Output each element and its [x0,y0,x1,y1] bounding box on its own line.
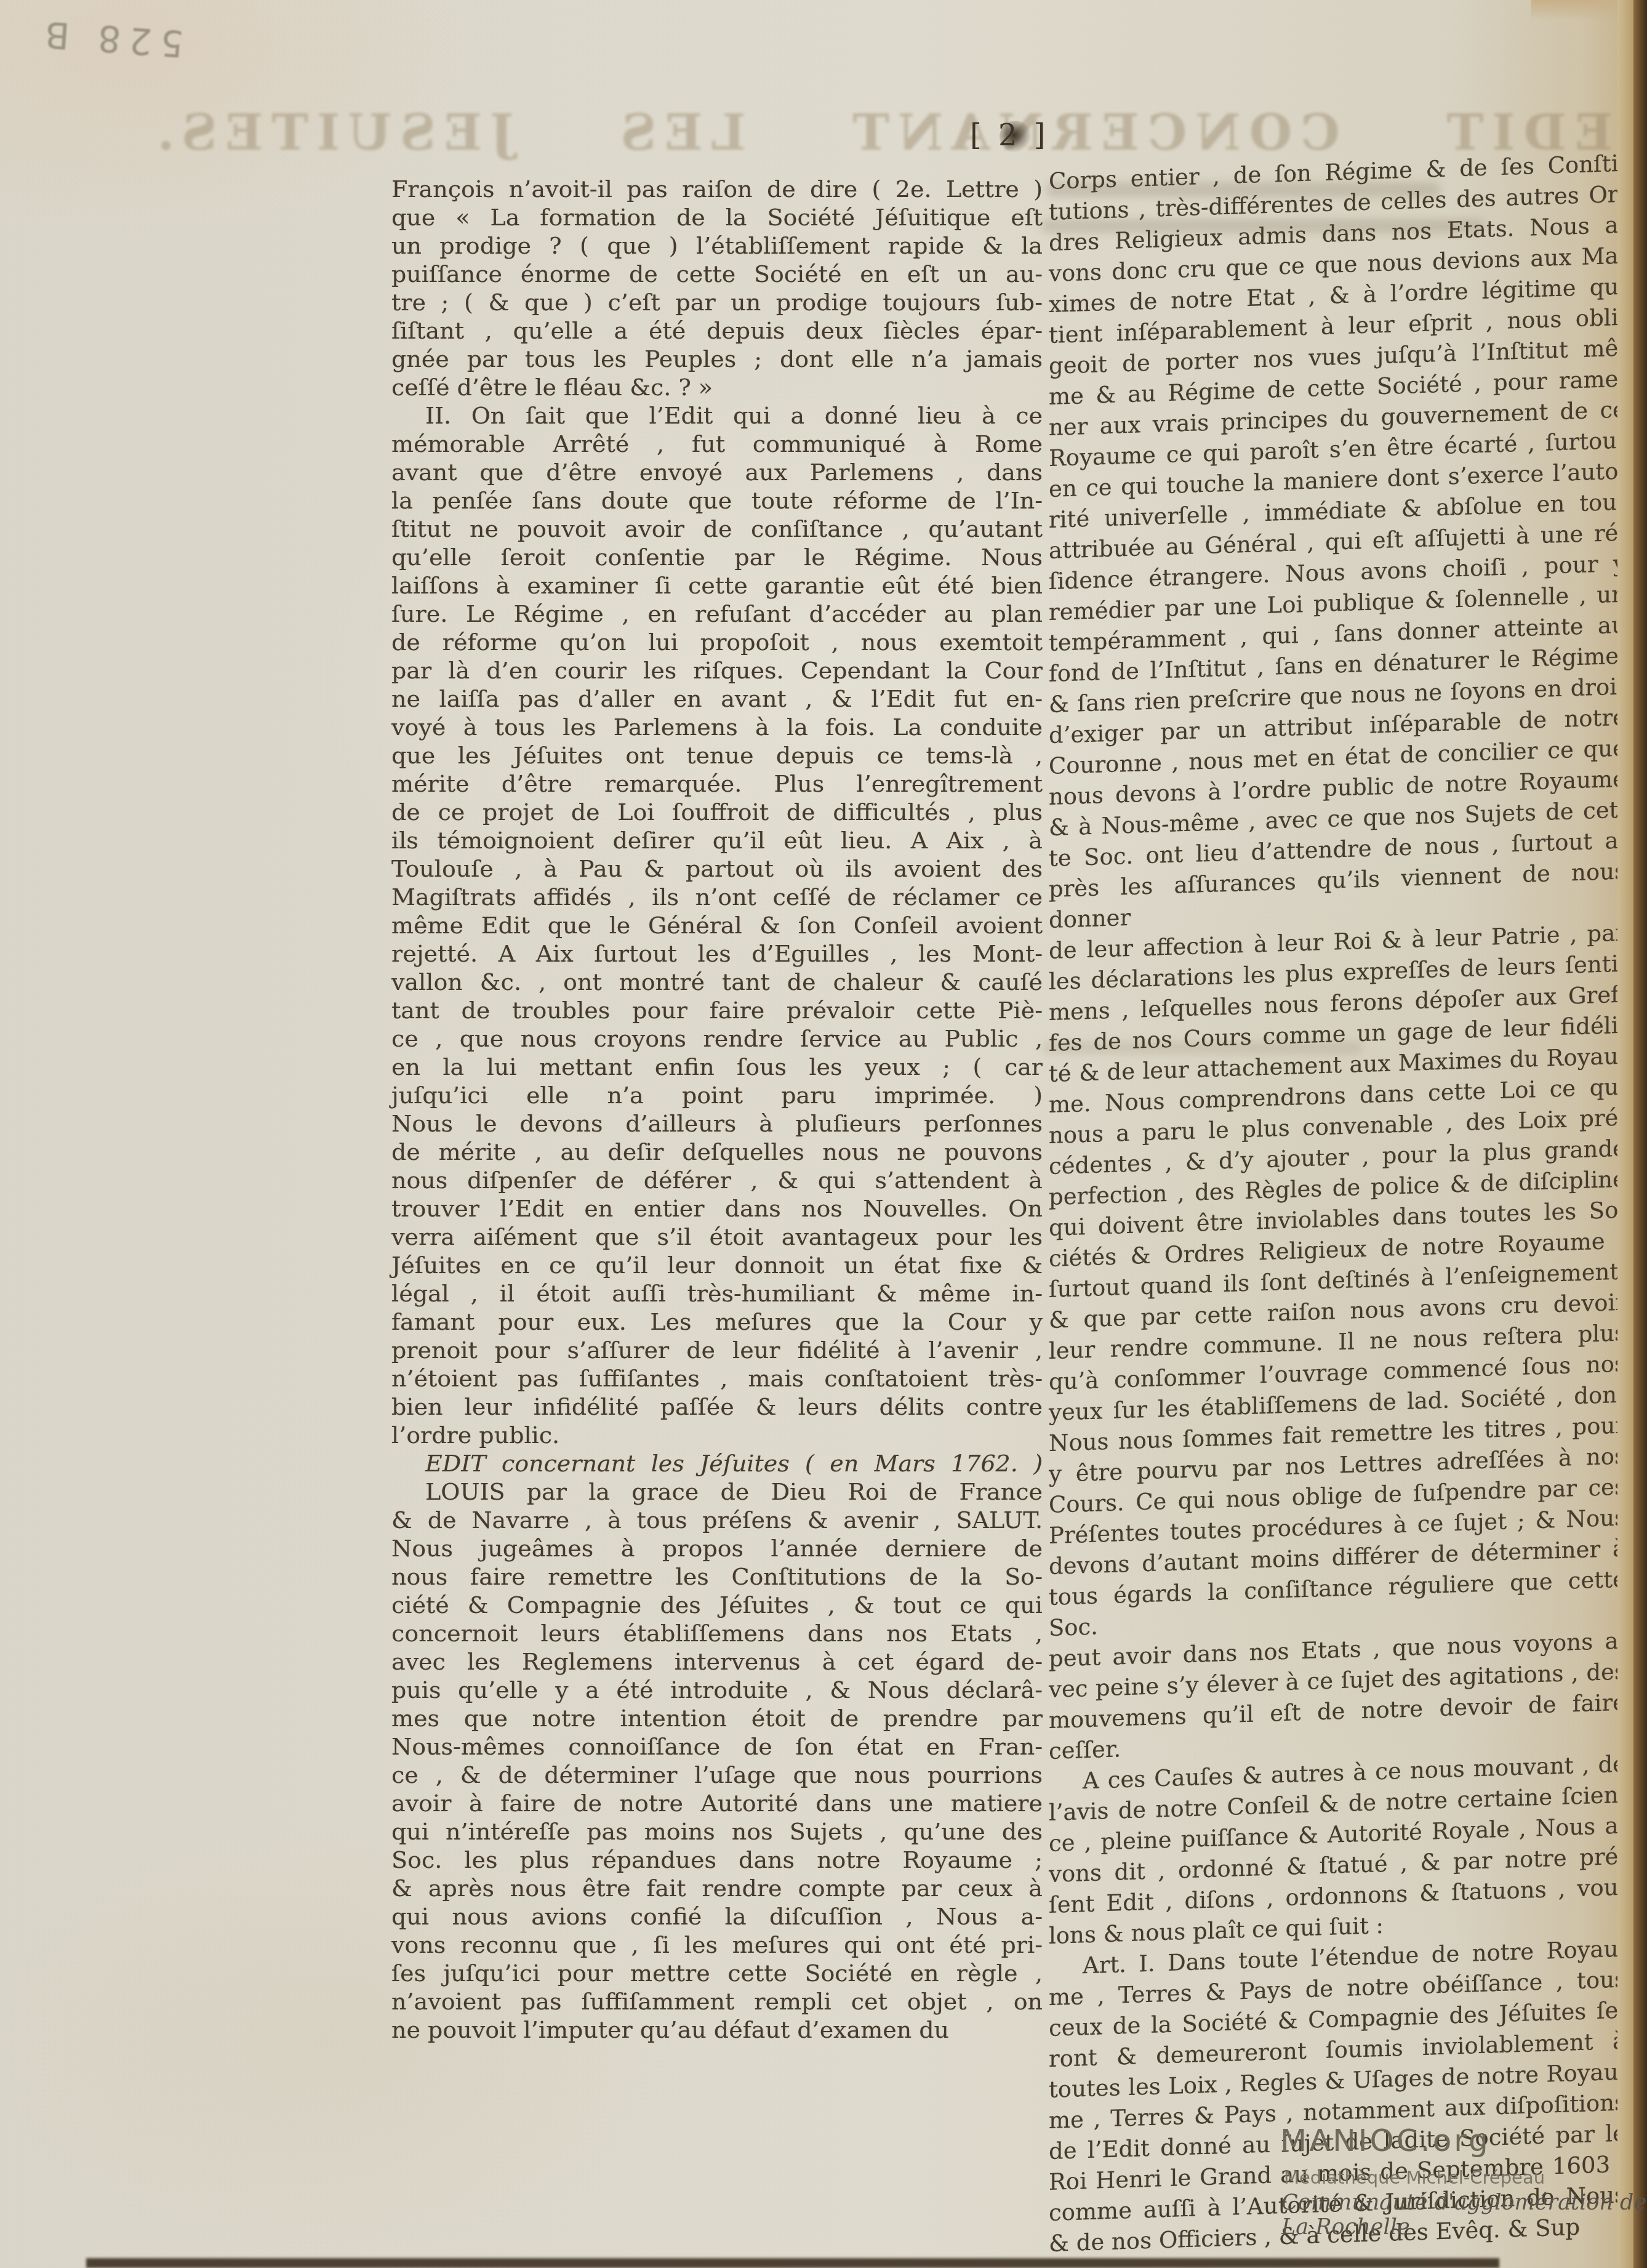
text-line: de réforme qu’on lui propoſoit , nous ex… [391,628,1043,656]
left-column: François n’avoit-il pas raiſon de dire (… [391,175,1043,2044]
page-corner-stain [1531,0,1617,21]
text-line: un prodige ? ( que ) l’établiſſement rap… [391,231,1043,260]
right-column: Corps entier , de ſon Régime & de ſes Co… [1049,148,1626,2259]
text-line: n’avoient pas ſuffiſamment rempli cet ob… [391,1987,1043,2016]
text-line: ciété & Compagnie des Jéſuites , & tout … [391,1591,1043,1619]
document-page: EDIT CONCERNANT LES JESUITES. 528 B [ 2 … [0,0,1647,2268]
text-line: la penſée ſans doute que toute réforme d… [391,486,1043,515]
text-line: LOUIS par la grace de Dieu Roi de France [391,1478,1043,1506]
text-line: par là d’en courir les riſques. Cependan… [391,656,1043,685]
text-line: voyé à tous les Parlemens à la fois. La … [391,713,1043,741]
watermark-library-name: Médiathèque Michel-Crépeau [1284,2167,1545,2188]
text-line: puiſſance énorme de cette Société en eſt… [391,260,1043,288]
text-line: que les Jéſuites ont tenue depuis ce tem… [391,741,1043,770]
text-line: tre ; ( & que ) c’eſt par un prodige tou… [391,288,1043,316]
text-line: ne laiſſa pas d’aller en avant , & l’Edi… [391,685,1043,713]
text-line: famant pour eux. Les meſures que la Cour… [391,1308,1043,1336]
text-line: ce , & de déterminer l’uſage que nous po… [391,1761,1043,1789]
text-line: nous faire remettre les Conſtitutions de… [391,1562,1043,1591]
text-line: mérite d’être remarquée. Plus l’enregîtr… [391,770,1043,798]
manioc-watermark-logo: MANIOC.org [1280,2123,1491,2158]
text-line: en la lui mettant enfin ſous les yeux ; … [391,1053,1043,1081]
text-line: mémorable Arrêté , fut communiqué à Rome [391,430,1043,458]
text-line: gnée par tous les Peuples ; dont elle n’… [391,345,1043,373]
text-line: Nous jugeâmes à propos l’année derniere … [391,1534,1043,1562]
text-line: ils témoignoient deſirer qu’il eût lieu.… [391,826,1043,855]
text-line: ne pouvoit l’imputer qu’au défaut d’exam… [391,2016,1043,2044]
page-edge-bottom [86,2258,1499,2268]
text-line: ceſſé d’être le fléau &c. ? » [391,373,1043,401]
text-line: Jéſuites en ce qu’il leur donnoit un éta… [391,1251,1043,1279]
shelfmark-handwritten: 528 B [22,12,185,65]
text-line: avant que d’être envoyé aux Parlemens , … [391,458,1043,486]
text-line: II. On ſait que l’Edit qui a donné lieu … [391,401,1043,430]
text-line: n’étoient pas ſuffiſantes , mais conſtat… [391,1364,1043,1393]
text-line: & de Navarre , à tous préſens & avenir ,… [391,1506,1043,1534]
text-line: ſure. Le Régime , en refuſant d’accéder … [391,600,1043,628]
text-line: mes que notre intention étoit de prendre… [391,1704,1043,1732]
text-line: ſes juſqu’ici pour mettre cette Société … [391,1959,1043,1987]
text-line: ſtitut ne pouvoit avoir de conſiſtance ,… [391,515,1043,543]
text-line: prenoit pour s’aſſurer de leur fidélité … [391,1336,1043,1364]
text-line: rejetté. A Aix ſurtout les d’Eguilles , … [391,939,1043,968]
text-line: que « La formation de la Société Jéſuiti… [391,203,1043,231]
text-line: laiſſons à examiner ſi cette garantie eû… [391,571,1043,600]
text-line: Magiſtrats affidés , ils n’ont ceſſé de … [391,883,1043,911]
text-line: Soc. les plus répandues dans notre Royau… [391,1846,1043,1874]
text-line: l’ordre public. [391,1421,1043,1449]
page-edge-right-tan [1617,0,1633,2268]
text-line: Toulouſe , à Pau & partout où ils avoien… [391,855,1043,883]
page-number: [ 2 ] [970,118,1049,153]
watermark-community-name: Communauté d'agglomération de La Rochell… [1281,2190,1647,2240]
text-line: puis qu’elle y a été introduite , & Nous… [391,1676,1043,1704]
text-line: avec les Reglemens intervenus à cet égar… [391,1647,1043,1676]
text-line: François n’avoit-il pas raiſon de dire (… [391,175,1043,203]
text-line: légal , il étoit auſſi très-humiliant & … [391,1279,1043,1308]
text-line: avoir à faire de notre Autorité dans une… [391,1789,1043,1817]
text-line: qui nous avions confié la diſcuſſion , N… [391,1902,1043,1931]
text-line: Nous le devons d’ailleurs à pluſieurs pe… [391,1109,1043,1138]
text-line: qu’elle ſeroit conſentie par le Régime. … [391,543,1043,571]
text-line: ſiſtant , qu’elle a été depuis deux ſièc… [391,316,1043,345]
text-line: nous diſpenſer de déférer , & qui s’atte… [391,1166,1043,1194]
text-line: vallon &c. , ont montré tant de chaleur … [391,968,1043,996]
text-line: même Edit que le Général & ſon Conſeil a… [391,911,1043,939]
ink-smudge [1046,182,1440,197]
text-line: juſqu’ici elle n’a point paru imprimée. … [391,1081,1043,1109]
text-line: de ce projet de Loi ſouffroit de difficu… [391,798,1043,826]
text-line: & après nous être fait rendre compte par… [391,1874,1043,1902]
text-line: verra aiſément que s’il étoit avantageux… [391,1223,1043,1251]
ink-smudge [1041,219,1485,233]
text-line: trouver l’Edit en entier dans nos Nouvel… [391,1194,1043,1223]
text-line: Nous-mêmes connoiſſance de ſon état en F… [391,1732,1043,1761]
text-line: de mérite , au deſir deſquelles nous ne … [391,1138,1043,1166]
page-edge-right-dark [1633,0,1647,2268]
text-line: EDIT concernant les Jéſuites ( en Mars 1… [391,1449,1043,1478]
ink-smudge [1043,1042,1363,1054]
text-line: vons reconnu que , ſi les meſures qui on… [391,1931,1043,1959]
text-line: bien leur infidélité paſſée & leurs déli… [391,1393,1043,1421]
text-line: tant de troubles pour faire prévaloir ce… [391,996,1043,1024]
text-line: qui n’intéreſſe pas moins nos Sujets , q… [391,1817,1043,1846]
text-line: concernoit leurs établiſſemens dans nos … [391,1619,1043,1647]
text-line: ce , que nous croyons rendre ſervice au … [391,1024,1043,1053]
